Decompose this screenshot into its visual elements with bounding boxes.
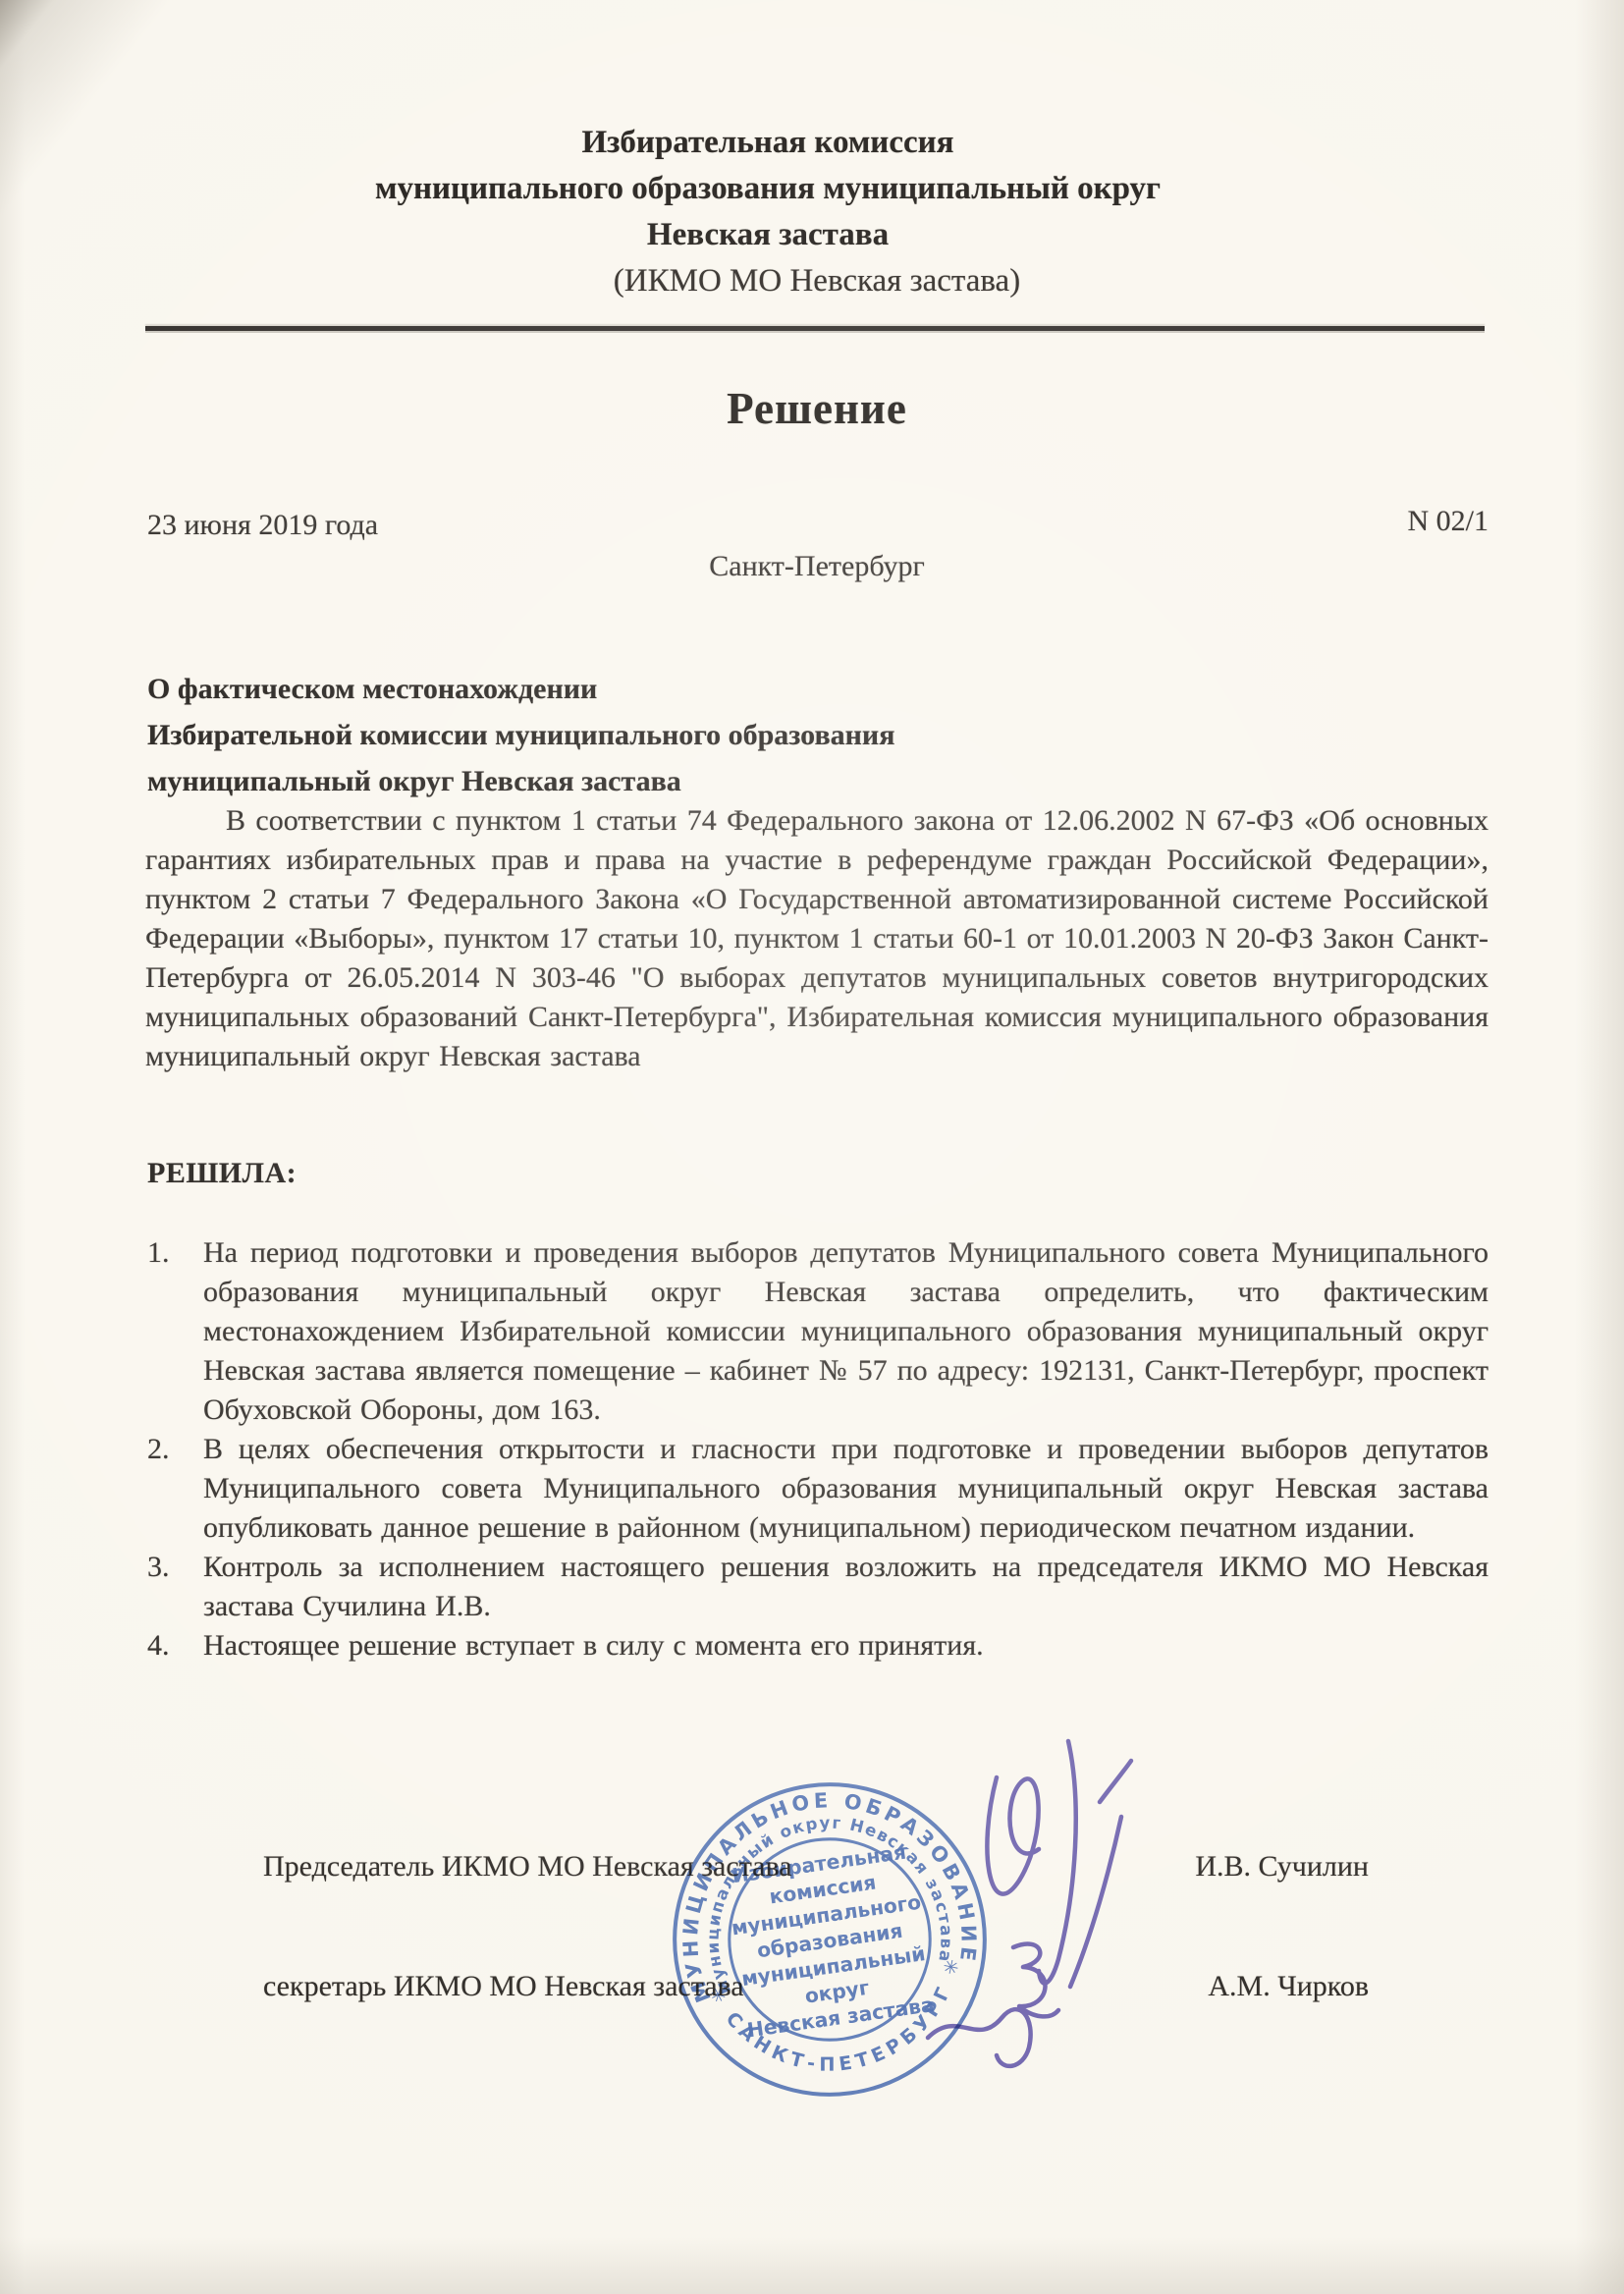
decision-date: 23 июня 2019 года bbox=[147, 509, 378, 542]
subject-line-2: Избирательной комиссии муниципального об… bbox=[147, 712, 1227, 758]
decision-title: Решение bbox=[145, 383, 1489, 434]
item-text: В целях обеспечения открытости и гласнос… bbox=[203, 1430, 1489, 1548]
item-number: 4. bbox=[147, 1626, 170, 1666]
scanned-decision-document: Избирательная комиссия муниципального об… bbox=[0, 0, 1624, 2294]
signature-stroke bbox=[1039, 1741, 1076, 1984]
list-item: 2. В целях обеспечения открытости и глас… bbox=[145, 1430, 1489, 1548]
signature-stroke bbox=[1070, 1817, 1121, 1987]
preamble-paragraph: В соответствии с пунктом 1 статьи 74 Фед… bbox=[145, 801, 1489, 1076]
org-header-abbreviation: (ИКМО МО Невская застава) bbox=[145, 258, 1489, 304]
list-item: 3. Контроль за исполнением настоящего ре… bbox=[145, 1548, 1489, 1626]
item-number: 1. bbox=[147, 1233, 170, 1273]
city-line: Санкт-Петербург bbox=[145, 550, 1489, 583]
org-header: Избирательная комиссия муниципального об… bbox=[145, 120, 1489, 304]
subject-heading: О фактическом местонахождении Избиратель… bbox=[147, 666, 1227, 804]
decision-number: N 02/1 bbox=[1408, 505, 1489, 538]
item-text: Настоящее решение вступает в силу с моме… bbox=[203, 1626, 1489, 1666]
resolution-list: 1. На период подготовки и проведения выб… bbox=[145, 1233, 1489, 1666]
signature-stroke bbox=[1100, 1761, 1131, 1802]
subject-line-1: О фактическом местонахождении bbox=[147, 666, 1227, 712]
item-text: На период подготовки и проведения выборо… bbox=[203, 1233, 1489, 1430]
signature-stroke bbox=[987, 1777, 1039, 1894]
signature-stroke bbox=[928, 2009, 1031, 2066]
signature-ink bbox=[903, 1723, 1355, 2116]
header-divider-rule bbox=[145, 326, 1485, 331]
subject-line-3: муниципальный округ Невская застава bbox=[147, 758, 1227, 804]
item-number: 2. bbox=[147, 1430, 170, 1469]
item-number: 3. bbox=[147, 1548, 170, 1587]
org-header-line-1: Избирательная комиссия bbox=[96, 120, 1439, 166]
date-number-row: 23 июня 2019 года N 02/1 bbox=[145, 505, 1489, 546]
list-item: 4. Настоящее решение вступает в силу с м… bbox=[145, 1626, 1489, 1666]
list-item: 1. На период подготовки и проведения выб… bbox=[145, 1233, 1489, 1430]
item-text: Контроль за исполнением настоящего решен… bbox=[203, 1548, 1489, 1626]
org-header-line-3: Невская застава bbox=[96, 212, 1439, 258]
org-header-line-2: муниципального образования муниципальный… bbox=[96, 166, 1439, 212]
resolved-heading: РЕШИЛА: bbox=[147, 1157, 297, 1190]
